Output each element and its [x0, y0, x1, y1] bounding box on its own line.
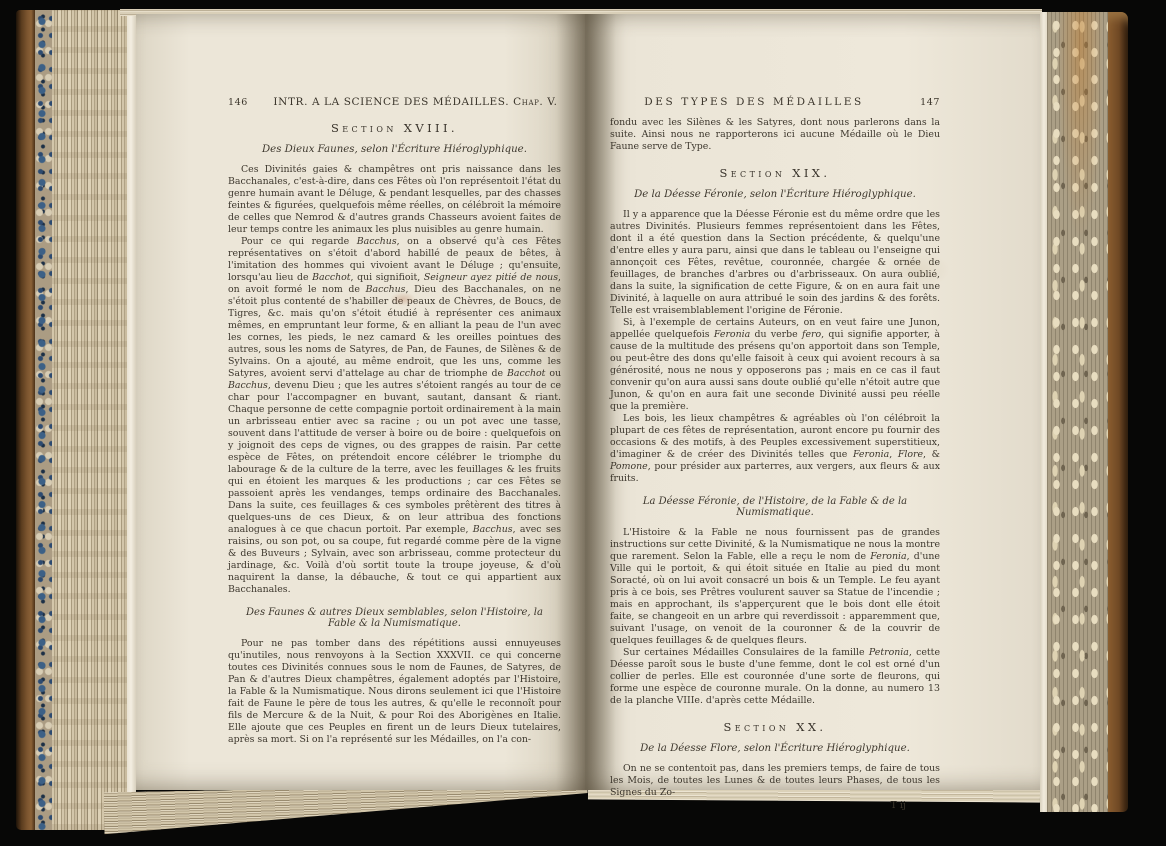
right-page-edges — [1047, 12, 1108, 812]
running-title-right: DES TYPES DES MÉDAILLES — [610, 96, 898, 108]
right-fore-edge — [1040, 12, 1128, 812]
right-cover-leather — [1108, 12, 1128, 812]
section-19-subtitle: De la Déesse Féronie, selon l'Écriture H… — [610, 189, 940, 200]
running-head-left: 146 INTR. A LA SCIENCE DES MÉDAILLES. Ch… — [228, 96, 561, 108]
running-title-left: INTR. A LA SCIENCE DES MÉDAILLES. Chap. … — [270, 96, 561, 108]
cross-heading-faunes: Des Faunes & autres Dieux semblables, se… — [234, 607, 555, 629]
left-fore-edge — [16, 10, 136, 830]
section-18-subtitle: Des Dieux Faunes, selon l'Écriture Hiéro… — [228, 144, 561, 155]
book-scan-spread: 146 INTR. A LA SCIENCE DES MÉDAILLES. Ch… — [0, 0, 1166, 846]
section-19-heading: Section XIX. — [610, 166, 940, 180]
paragraph: L'Histoire & la Fable ne nous fournissen… — [610, 527, 940, 647]
paragraph-continuation: fondu avec les Silènes & les Satyres, do… — [610, 117, 940, 153]
paragraph: Pour ne pas tomber dans des répétitions … — [228, 638, 561, 746]
running-head-right: DES TYPES DES MÉDAILLES 147 — [610, 96, 940, 108]
paragraph: Il y a apparence que la Déesse Féronie e… — [610, 209, 940, 317]
section-20-heading: Section XX. — [610, 720, 940, 734]
page-146: 146 INTR. A LA SCIENCE DES MÉDAILLES. Ch… — [136, 14, 585, 790]
section-18-heading: Section XVIII. — [228, 121, 561, 135]
signature-mark: T ij — [610, 800, 940, 811]
paragraph: Pour ce qui regarde Bacchus, on a observ… — [228, 236, 561, 596]
cross-heading-feronie: La Déesse Féronie, de l'Histoire, de la … — [616, 496, 934, 518]
paragraph: Ces Divinités gaies & champêtres ont pri… — [228, 164, 561, 236]
page-147: DES TYPES DES MÉDAILLES 147 fondu avec l… — [585, 14, 1040, 790]
right-page-white-edge — [1040, 12, 1047, 812]
left-marbled-endpaper — [35, 10, 52, 830]
page-number-147: 147 — [898, 97, 940, 108]
left-cover-leather — [16, 10, 35, 830]
paragraph: Les bois, les lieux champêtres & agréabl… — [610, 413, 940, 485]
left-page-edges — [52, 10, 127, 830]
paragraph: Sur certaines Médailles Consulaires de l… — [610, 647, 940, 707]
left-page-white-edge — [127, 10, 136, 830]
paragraph: Si, à l'exemple de certains Auteurs, on … — [610, 317, 940, 413]
bottom-left-page-edges — [104, 784, 589, 834]
paragraph: On ne se contentoit pas, dans les premie… — [610, 763, 940, 799]
section-20-subtitle: De la Déesse Flore, selon l'Écriture Hié… — [610, 743, 940, 754]
page-number-146: 146 — [228, 97, 270, 108]
